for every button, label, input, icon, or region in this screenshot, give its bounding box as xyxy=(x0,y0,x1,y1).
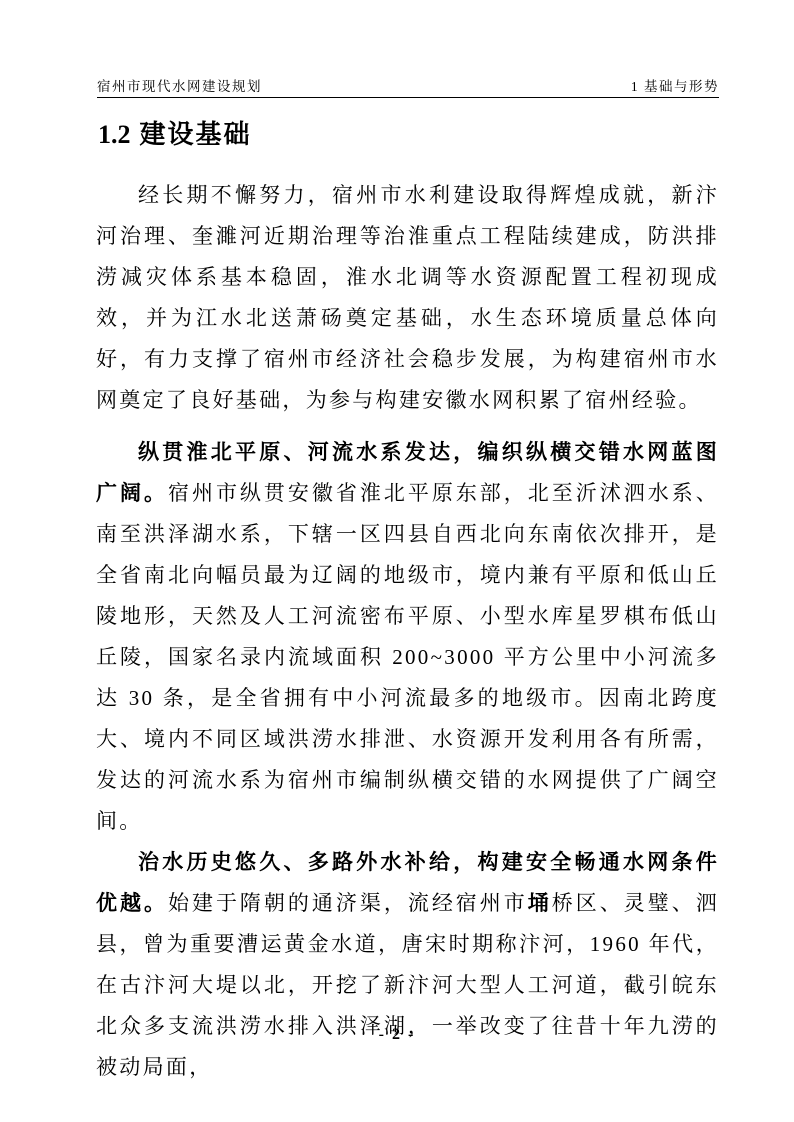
paragraph-huaibei-plain: 纵贯淮北平原、河流水系发达，编织纵横交错水网蓝图广阔。宿州市纵贯安徽省淮北平原东… xyxy=(96,432,719,842)
section-title-text: 建设基础 xyxy=(140,120,252,150)
section-title: 1.2建设基础 xyxy=(98,118,252,152)
document-body: 经长期不懈努力，宿州市水利建设取得辉煌成就，新汴河治理、奎濉河近期治理等治淮重点… xyxy=(96,175,719,1088)
page-number: - 2 - xyxy=(379,1026,416,1043)
section-number: 1.2 xyxy=(98,120,131,149)
paragraph-text: 始建于隋朝的通济渠，流经宿州市 xyxy=(168,891,528,915)
paragraph-water-history: 治水历史悠久、多路外水补给，构建安全畅通水网条件优越。始建于隋朝的通济渠，流经宿… xyxy=(96,842,719,1088)
paragraph-construction-achievements: 经长期不懈努力，宿州市水利建设取得辉煌成就，新汴河治理、奎濉河近期治理等治淮重点… xyxy=(96,175,719,421)
page-header: 宿州市现代水网建设规划 1 基础与形势 xyxy=(97,78,719,98)
header-document-title: 宿州市现代水网建设规划 xyxy=(97,78,262,95)
page-footer: - 2 - xyxy=(0,1026,794,1044)
paragraph-text: 经长期不懈努力，宿州市水利建设取得辉煌成就，新汴河治理、奎濉河近期治理等治淮重点… xyxy=(96,183,719,412)
paragraph-text: 桥区、灵璧、泗县，曾为重要漕运黄金水道，唐宋时期称汴河，1960 年代，在古汴河… xyxy=(96,891,719,1079)
fallback-font-character: 埇 xyxy=(528,891,552,915)
paragraph-text: 宿州市纵贯安徽省淮北平原东部，北至沂沭泗水系、南至洪泽湖水系，下辖一区四县自西北… xyxy=(96,481,719,833)
document-page: 宿州市现代水网建设规划 1 基础与形势 1.2建设基础 经长期不懈努力，宿州市水… xyxy=(0,0,794,1122)
header-chapter-label: 1 基础与形势 xyxy=(631,78,719,95)
